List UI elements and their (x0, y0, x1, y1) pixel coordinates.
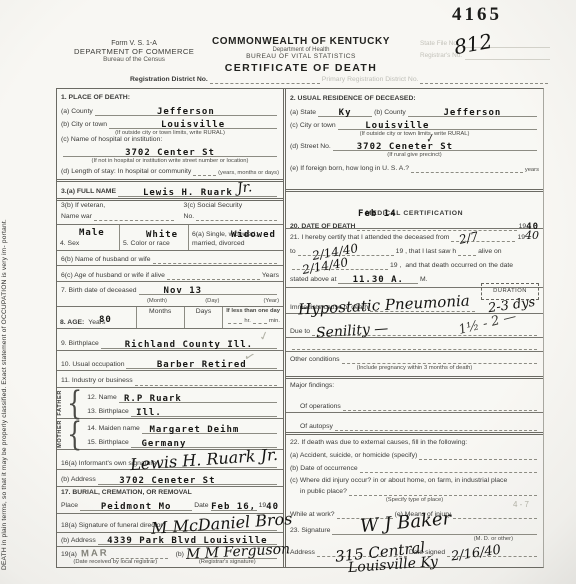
bureau-name: Bureau of the Census (74, 56, 194, 63)
field-full-name: 3.(a) FULL NAME Lewis H. Ruark Jr. (57, 182, 283, 201)
blank-cause-line (286, 338, 543, 352)
department-name: DEPARTMENT OF COMMERCE (74, 47, 194, 56)
document-number: 4165 (452, 4, 502, 26)
certificate-form: 1. PLACE OF DEATH: (a) County Jefferson … (56, 88, 544, 568)
where-injury-row1: (c) Where did injury occur? in or about … (286, 474, 543, 486)
month-sublabel: (Month) (147, 298, 205, 304)
place-of-death-label: 1. PLACE OF DEATH: (61, 94, 130, 102)
section-place-of-death: 1. PLACE OF DEATH: (a) County Jefferson … (57, 89, 283, 182)
death-certificate-scan: 4165 DEATH in plain terms, so that it ma… (0, 0, 576, 584)
certify-y1-value: 40 (525, 229, 539, 242)
age-days-label: Days (196, 308, 212, 316)
day-sublabel: (Day) (205, 298, 263, 304)
field-residence-state-county: (a) State Ky (b) County Jefferson (286, 104, 543, 118)
section-medical-certification: MEDICAL CERTIFICATION Feb 14 20. DATE OF… (286, 202, 543, 229)
field-other-conditions: Other conditions (Include pregnancy with… (286, 352, 543, 379)
mother-name-label: 14. Maiden name (87, 425, 140, 433)
marital-value: Widowed (231, 230, 276, 240)
external-causes-label: 22. If death was due to external causes,… (290, 439, 467, 447)
birth-date-label: 7. Birth date of deceased (61, 287, 137, 295)
foreign-born-label: (e) If foreign born, how long in U. S. A… (290, 165, 409, 173)
field-age: 8. AGE: Years 80 Months Days If less tha… (57, 307, 283, 330)
major-findings-label: Major findings: (290, 382, 334, 390)
birthplace-value: Richland County Ill. (125, 340, 253, 350)
stay-note: (years, months or days) (218, 170, 279, 176)
where-injury-label1: (c) Where did injury occur? in or about … (290, 477, 507, 485)
registration-district-label: Registration District No. (130, 76, 208, 84)
field-industry: 11. Industry or business (57, 371, 283, 388)
section-usual-residence: 2. USUAL RESIDENCE OF DECEASED: (a) Stat… (286, 89, 543, 192)
margin-instruction-text: DEATH in plain terms, so that it may be … (1, 70, 8, 570)
burial-date-label: Date (194, 502, 208, 510)
age-hr-label: hr. (244, 318, 250, 324)
mother-name-value: Margaret Deihm (149, 425, 239, 435)
stay-label: (d) Length of stay: In hospital or commu… (61, 168, 191, 176)
father-name-label: 12. Name (87, 394, 116, 402)
father-name-value: R.P Ruark (124, 394, 182, 404)
field-city: (b) City or town Louisville (57, 117, 283, 130)
due-to-label: Due to (290, 328, 310, 336)
county-label: (a) County (61, 108, 93, 116)
major-findings-row: Major findings: (286, 379, 543, 391)
full-name-label: 3.(a) FULL NAME (61, 188, 116, 196)
field-operations: Of operations (286, 391, 543, 413)
received-label: 19(a) (61, 551, 77, 559)
right-column: 2. USUAL RESIDENCE OF DECEASED: (a) Stat… (283, 89, 543, 567)
father-birthplace-value: Ill. (136, 408, 162, 418)
field-funeral-director: 18(a) Signature of funeral director M Mc… (57, 514, 283, 533)
external-causes-row: 22. If death was due to external causes,… (286, 435, 543, 448)
field-informant-signature: 16(a) Informant's own signature Lewis H.… (57, 450, 283, 470)
foreign-born-unit: years (525, 167, 539, 173)
field-foreign-born: (e) If foreign born, how long in U. S. A… (286, 158, 543, 174)
bureau-vital-statistics: BUREAU OF VITAL STATISTICS (196, 53, 406, 60)
sex-value: Male (79, 228, 105, 238)
hospital-value: 3702 Center St (125, 148, 215, 158)
field-spouse-name: 6(b) Name of husband or wife (57, 251, 283, 267)
birth-date-value: Nov 13 (164, 286, 203, 296)
residence-state-label: (a) State (290, 109, 316, 117)
field-physician-address: Address 315 Central Date signed 2/16/40 … (286, 545, 543, 563)
color-race-label: 5. Color or race (123, 240, 170, 248)
file-number-block: State File No. Registrar's No. 812 (420, 40, 550, 64)
full-name-value: Lewis H. Ruark (143, 188, 233, 198)
informant-address-value: 3702 Ceneter St (119, 476, 215, 486)
funeral-address-label: (b) Address (61, 537, 96, 545)
field-residence-street: (d) Street No. 3702 Ceneter St ✓ (286, 137, 543, 152)
mother-group-label: MOTHER (57, 420, 66, 448)
funeral-director-label: 18(a) Signature of funeral director (61, 522, 163, 530)
occupation-value: Barber Retired (157, 360, 247, 370)
header-title-block: COMMONWEALTH OF KENTUCKY Department of H… (196, 36, 406, 74)
residence-state-value: Ky (339, 108, 352, 118)
certificate-title: CERTIFICATE OF DEATH (196, 62, 406, 74)
date-of-death-value: Feb 14 (358, 209, 397, 219)
residence-section-label: 2. USUAL RESIDENCE OF DECEASED: (290, 95, 416, 103)
field-sex: 4. Sex Male (57, 225, 119, 249)
md-or-other-note: (M. D. or other) (474, 536, 513, 542)
field-registrar: 19(a) MAR (Date received by local regist… (57, 547, 283, 567)
other-conditions-label: Other conditions (290, 356, 340, 364)
received-note: (Date received by local registrar) (73, 559, 157, 565)
form-number: Form V. S. 1-A (74, 40, 194, 47)
date-signed-handwritten: 2/16/40 (450, 543, 502, 565)
field-residence-city: (c) City or town Louisville (286, 118, 543, 131)
certify-end2: alive on (478, 248, 501, 256)
residence-street-label: (d) Street No. (290, 143, 331, 151)
county-value: Jefferson (157, 107, 215, 117)
city-value: Louisville (161, 120, 225, 130)
certify-y3: 19 , (390, 262, 401, 270)
age-less-cell: If less than one day hr. min. (222, 307, 283, 329)
certify-m-label: M. (420, 276, 428, 284)
registrar-b-label: (b) (176, 551, 184, 559)
father-group-label: FATHER (57, 390, 66, 416)
field-hospital: 3702 Center St (57, 145, 283, 158)
residence-county-label: (b) County (374, 109, 406, 117)
mother-birthplace-label: 15. Birthplace (87, 439, 129, 447)
field-due-to: Due to Senility — 1½ - 2 — (286, 314, 543, 338)
field-informant-address: (b) Address 3702 Ceneter St (57, 470, 283, 487)
accident-label: (a) Accident, suicide, or homicide (spec… (290, 452, 417, 460)
field-county: (a) County Jefferson (57, 103, 283, 117)
field-attended-statement: 21. I hereby certify that I attended the… (286, 229, 543, 288)
field-spouse-age: 6(c) Age of husband or wife if alive Yea… (57, 266, 283, 282)
father-group: FATHER { 12. Name R.P Ruark 13. Birthpla… (57, 388, 283, 419)
spouse-age-unit: Years (262, 272, 279, 280)
time-of-death-value: 11.30 A. (353, 275, 404, 285)
occurrence-label: (b) Date of occurrence (290, 465, 358, 473)
age-months-label: Months (149, 308, 171, 316)
certify-y1: 19 (517, 234, 525, 242)
certify-mid2: 19 , that I last saw h (396, 248, 456, 256)
burial-place-value: Peidmont Mo (101, 502, 172, 512)
commonwealth-title: COMMONWEALTH OF KENTUCKY (196, 36, 406, 47)
field-color-race: 5. Color or race White (119, 225, 188, 249)
mother-brace: { (67, 418, 82, 450)
spouse-name-label: 6(b) Name of husband or wife (61, 256, 151, 264)
where-injury-row2: in public place? (Specify type of place) (286, 486, 543, 504)
autopsy-label: Of autopsy (300, 423, 333, 431)
certify-line4: stated above at (290, 276, 336, 284)
date-received-stamp: MAR (81, 548, 109, 560)
row-veteran-ssn: 3(b) If veteran, Name war 3(c) Social Se… (57, 201, 283, 225)
hospital-label: (c) Name of hospital or institution: (61, 136, 162, 144)
informant-address-label: (b) Address (61, 476, 96, 484)
residence-city-label: (c) City or town (290, 122, 336, 130)
color-race-value: White (146, 230, 178, 240)
certify-line1: 21. I hereby certify that I attended the… (290, 234, 449, 242)
field-father-name: 12. Name R.P Ruark (83, 389, 283, 404)
faint-pencil-marks: 4 - 7 (513, 500, 529, 509)
where-injury-label2: in public place? (300, 488, 347, 496)
year-sublabel: (Year) (263, 298, 279, 304)
section-burial: 17. BURIAL, CREMATION, OR REMOVAL Place … (57, 487, 283, 514)
full-name-suffix-handwritten: Jr. (236, 179, 253, 197)
burial-year-prefix: 19 (259, 502, 267, 510)
while-at-work-label: While at work? (290, 511, 335, 519)
burial-date-value: Feb 16, (211, 502, 256, 512)
residence-street-value: 3702 Ceneter St (357, 142, 453, 152)
certify-to-label: to (290, 248, 296, 256)
field-occupation: 10. Usual occupation Barber Retired ✓ (57, 351, 283, 372)
city-label: (b) City or town (61, 121, 107, 129)
mother-birthplace-value: Germany (141, 439, 186, 449)
age-years-cell: 8. AGE: Years 80 (57, 307, 136, 329)
field-autopsy: Of autopsy (286, 413, 543, 435)
field-father-birthplace: 13. Birthplace Ill. (83, 404, 283, 418)
registration-district-line: Registration District No. Primary Regist… (130, 76, 550, 84)
residence-city-value: Louisville (365, 121, 429, 131)
field-accident: (a) Accident, suicide, or homicide (spec… (286, 448, 543, 461)
field-mother-name: 14. Maiden name Margaret Deihm (83, 420, 283, 435)
field-occurrence-date: (b) Date of occurrence (286, 461, 543, 474)
age-label: 8. AGE: (60, 319, 84, 327)
sex-label: 4. Sex (60, 240, 79, 248)
other-conditions-note: (Include pregnancy within 3 months of de… (357, 365, 473, 371)
burial-section-label: 17. BURIAL, CREMATION, OR REMOVAL (61, 489, 192, 497)
field-length-of-stay: (d) Length of stay: In hospital or commu… (57, 164, 283, 177)
physician-address-label: Address (290, 549, 315, 557)
ssn-label: 3(c) Social Security (184, 202, 279, 210)
row-sex-color-marital: 4. Sex Male 5. Color or race White 6(a) … (57, 225, 283, 250)
father-birthplace-label: 13. Birthplace (87, 408, 129, 416)
birthplace-label: 9. Birthplace (61, 340, 99, 348)
where-injury-note: (Specify type of place) (386, 497, 443, 503)
field-marital-status: 6(a) Single, widowed, married, divorced … (188, 225, 283, 249)
physician-signature-label: 23. Signature (290, 527, 330, 535)
due-to-duration-handwritten: 1½ - 2 — (457, 309, 518, 338)
certify-end3: and that death occurred on the date (405, 262, 513, 270)
header-agency: Form V. S. 1-A DEPARTMENT OF COMMERCE Bu… (74, 40, 194, 63)
residence-county-value: Jefferson (444, 108, 502, 118)
field-immediate-cause: Immediate cause of death DURATION Hypost… (286, 288, 543, 314)
field-burial-place-date: Place Peidmont Mo Date Feb 16, 19 40 (57, 499, 283, 512)
occupation-label: 10. Usual occupation (61, 361, 124, 369)
veteran-war-label: Name war (61, 213, 92, 221)
operations-label: Of operations (300, 403, 341, 411)
burial-place-label: Place (61, 502, 78, 510)
field-birth-date: 7. Birth date of deceased Nov 13 (Month)… (57, 282, 283, 306)
primary-registration-label: Primary Registration District No. (322, 76, 419, 84)
ssn-no-label: No. (184, 213, 195, 221)
left-column: 1. PLACE OF DEATH: (a) County Jefferson … (57, 89, 283, 567)
spouse-age-label: 6(c) Age of husband or wife if alive (61, 272, 165, 280)
age-min-label: min. (269, 318, 280, 324)
duration-label: DURATION (493, 288, 527, 295)
age-years-value: 80 (99, 315, 112, 325)
veteran-label: 3(b) If veteran, (61, 202, 176, 210)
